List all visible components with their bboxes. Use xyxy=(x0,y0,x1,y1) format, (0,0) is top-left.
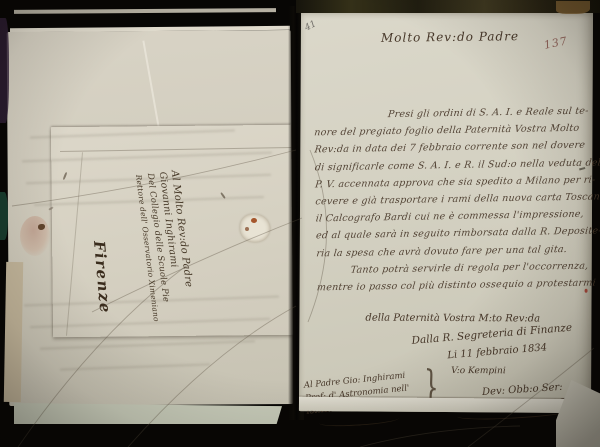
paper-stain xyxy=(20,216,50,256)
sheet-edge xyxy=(14,8,276,14)
letter-page: 41 137 Molto Rev:do Padre Presi gli ordi… xyxy=(299,9,593,413)
red-mark xyxy=(585,289,588,293)
body-line: mentre io passo col più distinto ossequi… xyxy=(316,277,592,299)
dateline-date: Li 11 febbraio 1834 xyxy=(447,342,548,361)
background-tint xyxy=(0,192,8,240)
under-sheet xyxy=(14,403,282,424)
folio-number-pencil: 41 xyxy=(303,19,318,33)
folio-number-red: 137 xyxy=(543,34,569,52)
wax-seal-icon xyxy=(240,214,270,242)
manuscript-photo: Al Molto Rev:do Padre Giovanni Inghirami… xyxy=(0,0,600,447)
paper-sliver xyxy=(4,262,23,402)
salutation: Molto Rev:do Padre xyxy=(381,29,519,45)
dateline-origin: Dalla R. Segreteria di Finanze xyxy=(411,322,572,347)
valediction: della Paternità Vostra M:to Rev:da xyxy=(365,313,540,325)
visto-initial: V:o Kempini xyxy=(451,366,506,376)
page-bottom-fold xyxy=(299,397,591,414)
paper-fragment xyxy=(556,1,590,14)
background-tint xyxy=(0,18,9,123)
letter-body: Presi gli ordini di S. A. I. e Reale sul… xyxy=(312,106,589,300)
seal-wax-dot xyxy=(251,218,257,223)
seal-wax-dot xyxy=(245,227,249,231)
book-top-edge xyxy=(296,0,600,13)
